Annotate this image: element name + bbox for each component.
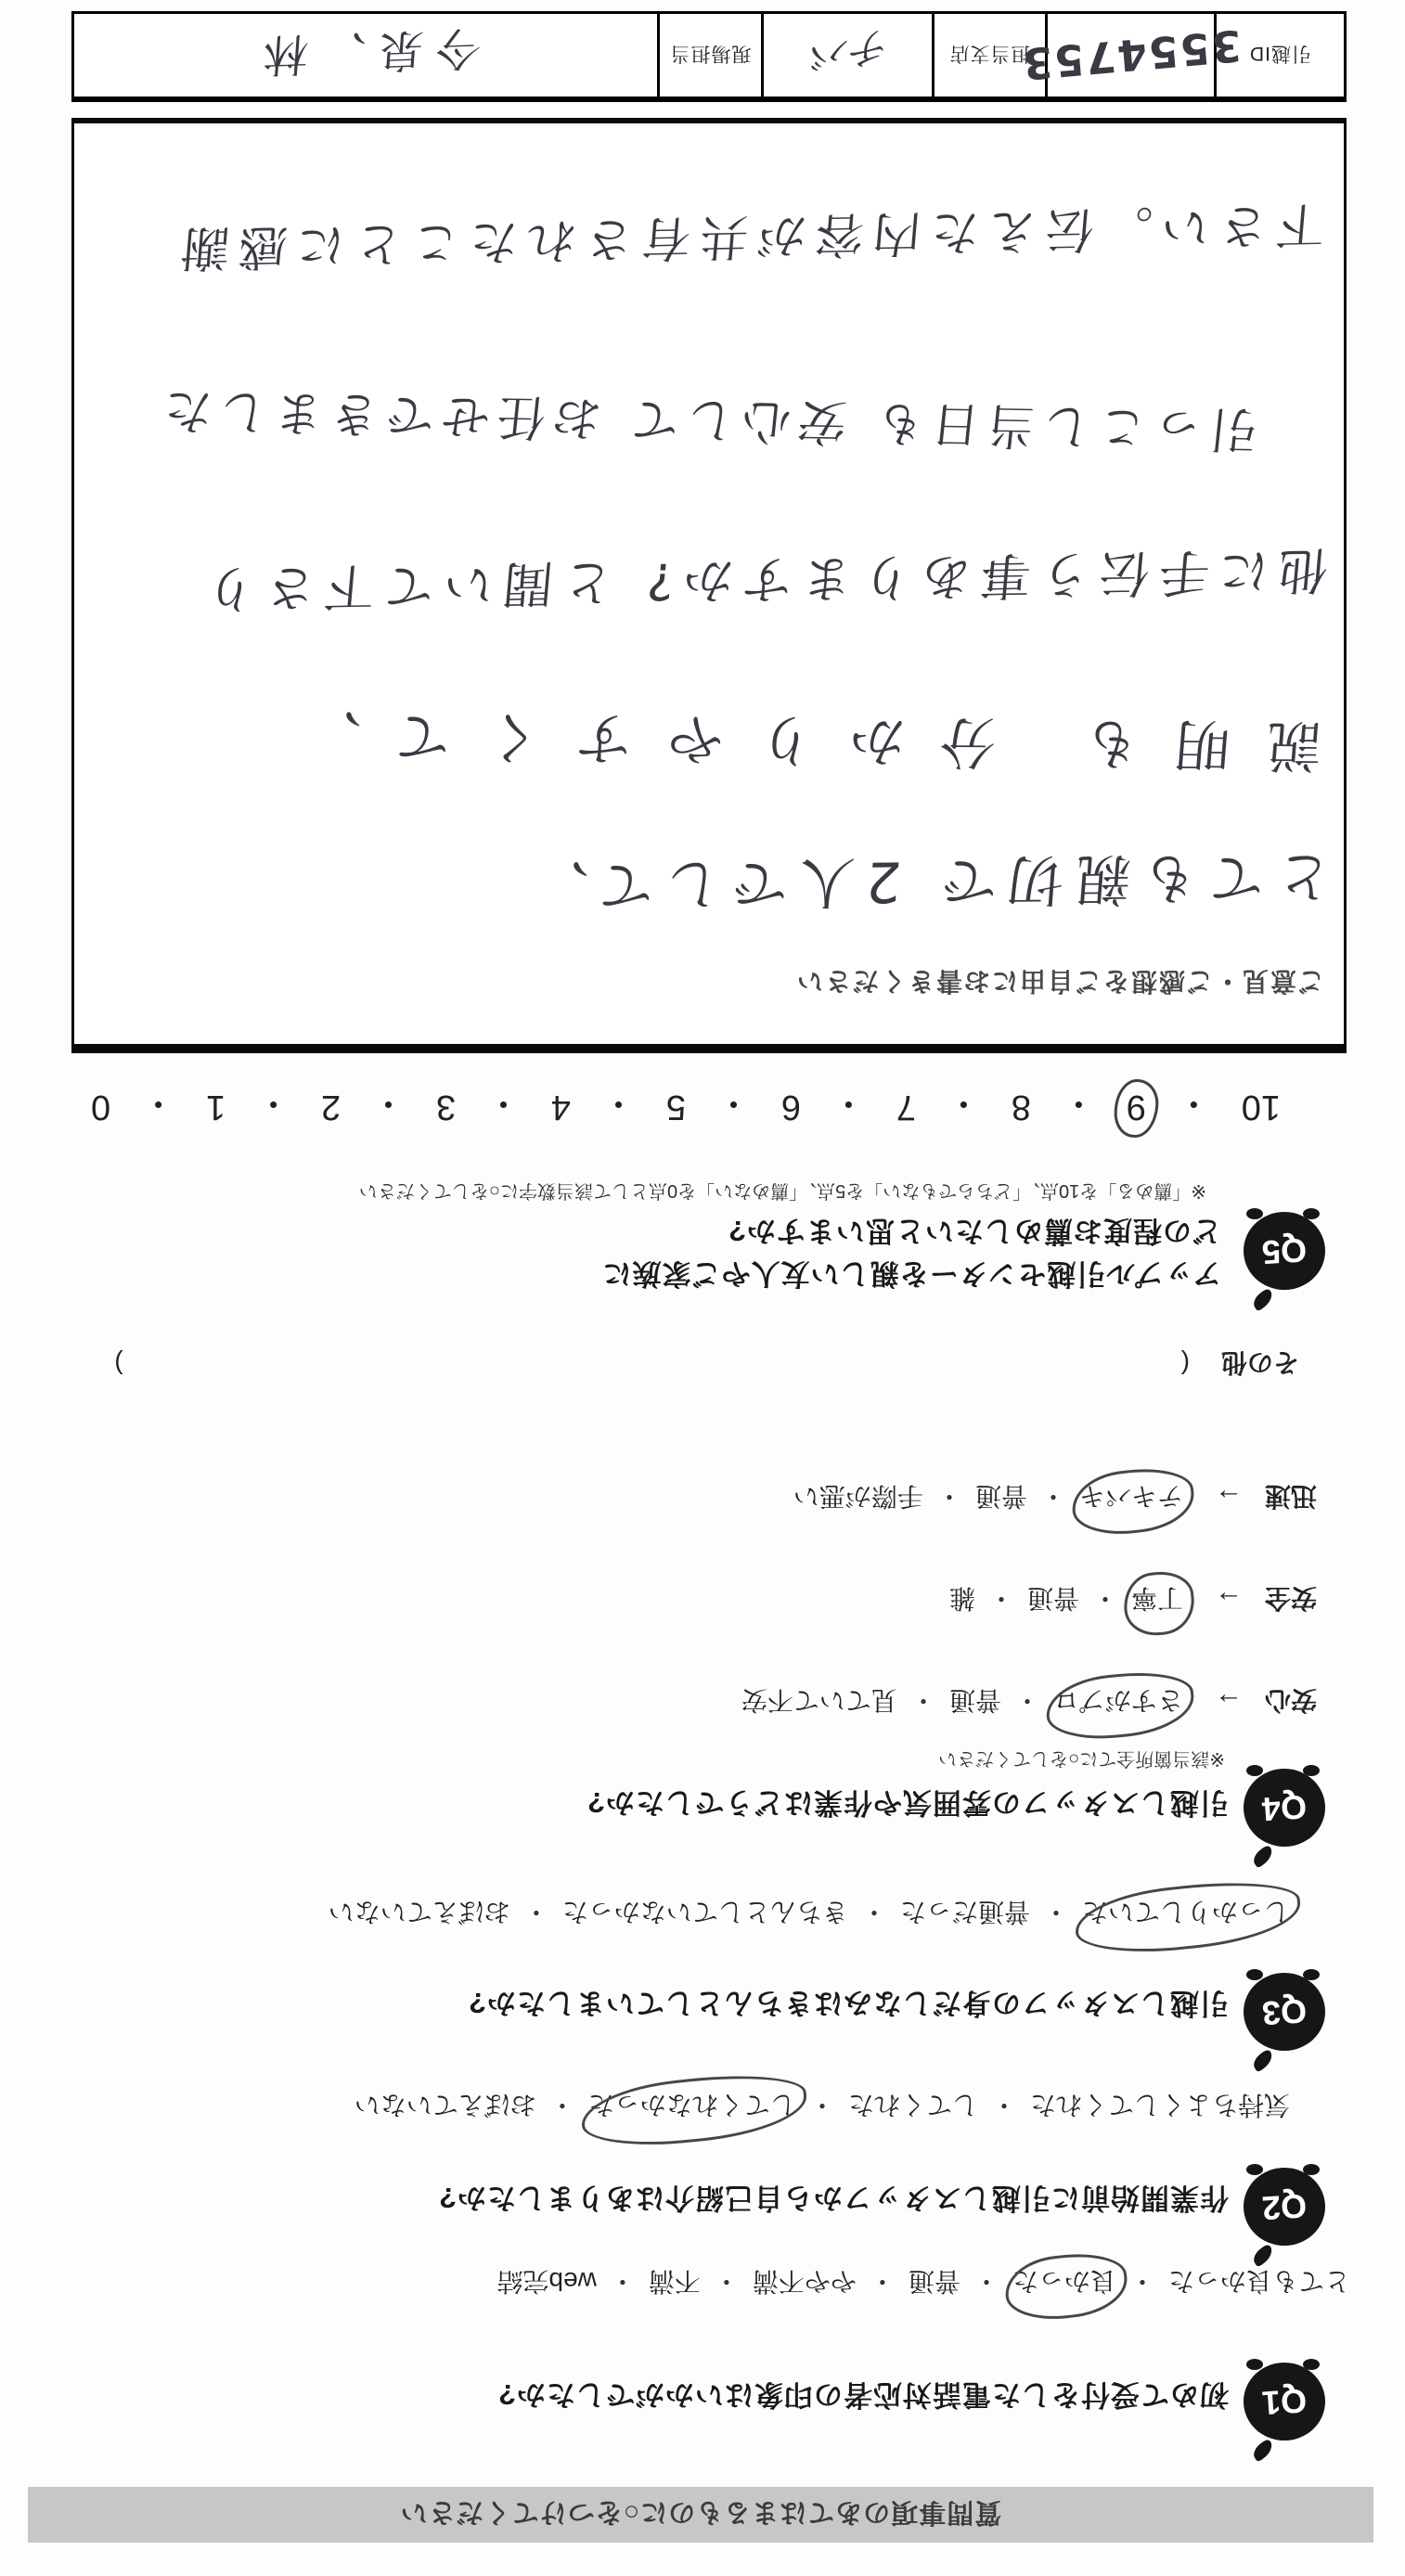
handwritten-branch-name: チバ xyxy=(808,19,887,91)
scale-6: 6 xyxy=(781,1087,801,1127)
q5-badge: Q5 xyxy=(1239,1206,1327,1299)
handwritten-comment-line: 引っこし当日も 安心して お任せできました xyxy=(152,380,1261,470)
separator-dot: ・ xyxy=(988,1581,1014,1618)
q4-row-anzen: 安全 → 丁寧 ・ 普通 ・ 雑 xyxy=(949,1581,1317,1618)
scale-7: 7 xyxy=(896,1087,916,1127)
q5-badge-label: Q5 xyxy=(1261,1230,1308,1271)
q4-option-miteite-fuan: 見ていて不安 xyxy=(741,1683,897,1720)
badge-leaf-icon xyxy=(1250,1287,1276,1311)
q3-option-futsuu-datta: 普通だった xyxy=(900,1895,1030,1932)
separator-dot: ・ xyxy=(1014,1683,1040,1720)
handwritten-staff-names: 今泉、林 xyxy=(249,19,483,92)
q4-row-other: その他 ( ) xyxy=(114,1346,1299,1383)
scanned-survey-sheet: 質問事項のあてはまるものに○をつけてください Q1 初めて受付をした電話対応者の… xyxy=(0,0,1405,2576)
q2-options-row: 気持ちよくしてくれた ・ してくれた ・ してくれなかった ・ おぼえていない xyxy=(354,2088,1290,2125)
scale-5: 5 xyxy=(666,1087,686,1127)
q4-badge-label: Q4 xyxy=(1261,1786,1308,1828)
q3-badge-label: Q3 xyxy=(1261,1990,1308,2032)
separator-dot: ・ xyxy=(973,2264,999,2301)
separator-dot: ・ xyxy=(714,2264,740,2301)
separator-dot: ・ xyxy=(1061,1081,1096,1132)
separator-dot: ・ xyxy=(1043,1895,1069,1932)
badge-foot-icon xyxy=(1246,1765,1263,1776)
comment-box: ご意見・ご感想をご自由にお書きください とても親切で 2人でして、 説明も 分か… xyxy=(71,118,1347,1053)
comment-box-label: ご意見・ご感想をご自由にお書きください xyxy=(795,964,1324,1001)
badge-foot-icon xyxy=(1246,1208,1263,1219)
handwritten-id-number: 3554753 xyxy=(1019,20,1244,90)
q1-option-fuman: 不満 xyxy=(649,2264,701,2301)
separator-dot: ・ xyxy=(831,1081,866,1132)
q4-option-tekipaki-circled: テキパキ xyxy=(1079,1479,1183,1516)
field-value-staff: 今泉、林 xyxy=(74,14,657,97)
separator-dot: ・ xyxy=(371,1081,406,1132)
badge-leaf-icon xyxy=(1250,2438,1276,2462)
scale-10: 10 xyxy=(1242,1087,1281,1127)
q2-option-shitekureta: してくれた xyxy=(848,2088,978,2125)
q4-option-zatsu: 雑 xyxy=(949,1581,975,1618)
q3-options-row: しっかりしていた ・ 普通だった ・ きちんとしていなかった ・ おぼえていない xyxy=(329,1895,1290,1932)
footer-id-table: 引越ID 3554753 担当支店 チバ 現場担当 今泉、林 xyxy=(71,11,1347,102)
q1-option-totemo-yokatta: とても良かった xyxy=(1168,2264,1350,2301)
q1-option-yaya-fuman: やや不満 xyxy=(753,2264,857,2301)
q2-badge: Q2 xyxy=(1239,2162,1327,2255)
q3-badge: Q3 xyxy=(1239,1967,1327,2060)
q4-option-teinei-circled: 丁寧 xyxy=(1131,1581,1183,1618)
q2-option-kimochiyoku: 気持ちよくしてくれた xyxy=(1030,2088,1290,2125)
scale-1: 1 xyxy=(206,1087,226,1127)
separator-dot: ・ xyxy=(549,2088,575,2125)
separator-dot: ・ xyxy=(1129,2264,1155,2301)
q1-options-row: とても良かった ・ 良かった ・ 普通 ・ やや不満 ・ 不満 ・ web完結 xyxy=(496,2264,1350,2301)
separator-dot: ・ xyxy=(946,1081,981,1132)
scale-2: 2 xyxy=(321,1087,341,1127)
q3-option-shikkari-circled: しっかりしていた xyxy=(1082,1895,1290,1932)
q1-badge: Q1 xyxy=(1239,2357,1327,2450)
q3-option-oboeteinai: おぼえていない xyxy=(329,1895,510,1932)
scale-3: 3 xyxy=(436,1087,456,1127)
badge-foot-icon xyxy=(1246,1969,1263,1980)
q1-question-text: 初めて受付をした電話対応者の印象はいかがでしたか? xyxy=(115,2376,1229,2418)
q5-scale-row: 10 ・ 9 ・ 8 ・ 7 ・ 6 ・ 5 ・ 4 ・ 3 ・ 2 ・ 1 ・… xyxy=(91,1081,1281,1132)
separator-dot: ・ xyxy=(991,2088,1017,2125)
separator-dot: ・ xyxy=(1092,1581,1118,1618)
q1-option-web-kanketsu: web完結 xyxy=(496,2264,596,2301)
q2-option-oboeteinai: おぼえていない xyxy=(354,2088,536,2125)
q4-row-anshin-label: 安心 xyxy=(1265,1683,1317,1720)
separator-dot: ・ xyxy=(256,1081,291,1132)
instruction-text: 質問事項のあてはまるものに○をつけてください xyxy=(400,2496,1002,2534)
field-value-branch: チバ xyxy=(761,14,932,97)
q4-row-anshin: 安心 → さすがプロ ・ 普通 ・ 見ていて不安 xyxy=(741,1683,1317,1720)
separator-dot: ・ xyxy=(715,1081,751,1132)
upside-down-scan-content: 質問事項のあてはまるものに○をつけてください Q1 初めて受付をした電話対応者の… xyxy=(0,0,1405,2576)
separator-dot: ・ xyxy=(910,1683,936,1720)
q1-badge-label: Q1 xyxy=(1261,2380,1308,2422)
arrow-icon: → xyxy=(1215,1686,1243,1718)
q2-badge-label: Q2 xyxy=(1261,2185,1308,2227)
q5-question-line2: どの程度お薦めしたいと思いますか? xyxy=(108,1213,1221,1255)
separator-dot: ・ xyxy=(1176,1081,1211,1132)
q4-option-futsuu: 普通 xyxy=(975,1479,1027,1516)
scale-8: 8 xyxy=(1012,1087,1031,1127)
q1-option-yokatta-circled: 良かった xyxy=(1012,2264,1116,2301)
q2-question-text: 作業開始前に引越しスタッフから自己紹介はありましたか? xyxy=(115,2180,1229,2222)
badge-leaf-icon xyxy=(1250,2048,1276,2072)
q5-question-line1: アップル引越センターを親しい友人やご家族に xyxy=(108,1256,1221,1297)
q1-option-futsuu: 普通 xyxy=(909,2264,960,2301)
badge-foot-icon xyxy=(1246,2359,1263,2370)
q5-note: ※「薦める」を10点、「どちらでもない」を5点、「薦めない」を0点として該当数字… xyxy=(359,1179,1206,1206)
field-value-hikkoshi-id: 3554753 xyxy=(1045,14,1214,97)
q3-question-text: 引越しスタッフの身だしなみはきちんとしていましたか? xyxy=(115,1985,1229,2027)
separator-dot: ・ xyxy=(870,2264,896,2301)
scale-4: 4 xyxy=(551,1087,571,1127)
q4-question-text: 引越しスタッフの雰囲気や作業はどうでしたか? xyxy=(115,1784,1229,1826)
separator-dot: ・ xyxy=(485,1081,521,1132)
separator-dot: ・ xyxy=(936,1479,962,1516)
separator-dot: ・ xyxy=(809,2088,835,2125)
q4-row-jinsoku-label: 迅速 xyxy=(1265,1479,1317,1516)
arrow-icon: → xyxy=(1215,1482,1243,1513)
handwritten-comment-line: 他に手伝う事ありますか? と聞いて下さり xyxy=(193,537,1332,628)
badge-foot-icon xyxy=(1246,2164,1263,2175)
q4-note: ※該当箇所全てに○をしてください xyxy=(938,1747,1225,1774)
q4-option-tegiwa-warui: 手際が悪い xyxy=(793,1479,923,1516)
handwritten-comment-line: 下さい。伝えた内容が共有されたことに感謝 xyxy=(169,194,1328,288)
separator-dot: ・ xyxy=(600,1081,636,1132)
q4-row-jinsoku: 迅速 → テキパキ ・ 普通 ・ 手際が悪い xyxy=(793,1479,1317,1516)
scale-0: 0 xyxy=(91,1087,110,1127)
handwritten-comment-line: とても親切で 2人でして、 xyxy=(518,841,1334,931)
separator-dot: ・ xyxy=(141,1081,176,1132)
q4-option-sasuga-pro-circled: さすがプロ xyxy=(1053,1683,1183,1720)
q4-badge: Q4 xyxy=(1239,1763,1327,1856)
separator-dot: ・ xyxy=(610,2264,636,2301)
scale-9-circled: 9 xyxy=(1127,1087,1146,1127)
q4-option-futsuu: 普通 xyxy=(1027,1581,1079,1618)
handwritten-comment-line: 説明も 分かりやすくて、 xyxy=(266,699,1324,790)
instruction-band: 質問事項のあてはまるものに○をつけてください xyxy=(28,2487,1373,2543)
separator-dot: ・ xyxy=(523,1895,549,1932)
badge-leaf-icon xyxy=(1250,1844,1276,1868)
paren-close: ) xyxy=(114,1349,122,1379)
field-label-staff: 現場担当 xyxy=(657,14,761,97)
arrow-icon: → xyxy=(1215,1584,1243,1616)
q2-option-shitekurenakatta-circled: してくれなかった xyxy=(588,2088,796,2125)
separator-dot: ・ xyxy=(861,1895,887,1932)
paren-open: ( xyxy=(1181,1349,1190,1379)
separator-dot: ・ xyxy=(1040,1479,1066,1516)
q4-option-futsuu: 普通 xyxy=(949,1683,1001,1720)
q3-option-kichinto-shiteinakatta: きちんとしていなかった xyxy=(562,1895,848,1932)
q4-other-label: その他 xyxy=(1221,1346,1299,1383)
q4-row-anzen-label: 安全 xyxy=(1265,1581,1317,1618)
